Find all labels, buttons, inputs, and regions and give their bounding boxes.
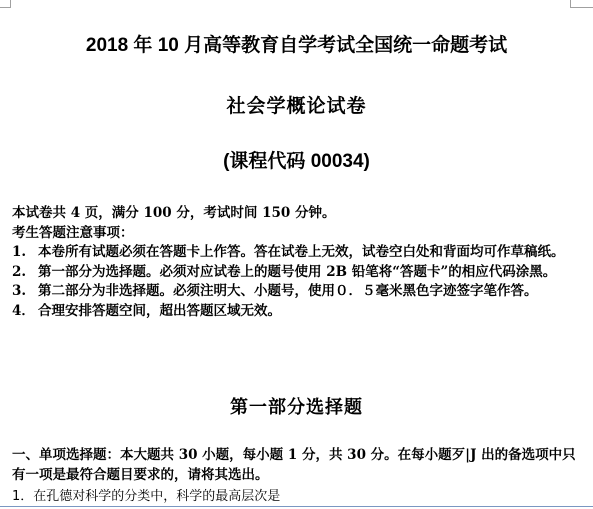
note-number: 4．	[12, 302, 38, 322]
note-item: 4． 合理安排答题空间，超出答题区域无效。	[12, 302, 582, 322]
page-bottom-divider	[0, 506, 593, 507]
paper-title: 社会学概论试卷	[0, 94, 593, 118]
course-code: (课程代码 00034)	[0, 150, 593, 174]
notes-heading: 考生答题注意事项：	[12, 224, 582, 244]
single-choice-instructions: 一、单项选择题：本大题共 30 小题，每小题 1 分，共 30 分。在每小题歹|…	[12, 446, 582, 485]
note-number: 1.	[12, 243, 38, 263]
note-item: 3. 第二部分为非选择题。必须注明大、小题号，使用０．５毫米黑色字迹签字笔作答。	[12, 282, 582, 302]
part-one-title: 第一部分选择题	[0, 396, 593, 420]
question-item: 1．在孔德对科学的分类中，科学的最高层次是	[12, 488, 582, 505]
note-text: 第一部分为选择题。必须对应试卷上的题号使用 2B 铅笔将“答题卡”的相应代码涂黑…	[38, 263, 582, 283]
note-item: 1. 本卷所有试题必须在答题卡上作答。答在试卷上无效，试卷空白处和背面均可作草稿…	[12, 243, 582, 263]
note-number: 2.	[12, 263, 38, 283]
exam-title: 2018 年 10 月高等教育自学考试全国统一命题考试	[0, 34, 593, 58]
page-corner-mark-right	[570, 0, 593, 8]
note-text: 本卷所有试题必须在答题卡上作答。答在试卷上无效，试卷空白处和背面均可作草稿纸。	[38, 243, 582, 263]
page-corner-mark-left	[0, 0, 11, 8]
note-text: 合理安排答题空间，超出答题区域无效。	[38, 302, 582, 322]
question-text: 在孔德对科学的分类中，科学的最高层次是	[33, 489, 280, 504]
note-text: 第二部分为非选择题。必须注明大、小题号，使用０．５毫米黑色字迹签字笔作答。	[38, 282, 582, 302]
exam-summary: 本试卷共 4 页，满分 100 分，考试时间 150 分钟。	[12, 204, 582, 224]
exam-instructions: 本试卷共 4 页，满分 100 分，考试时间 150 分钟。 考生答题注意事项：…	[12, 204, 582, 321]
note-item: 2. 第一部分为选择题。必须对应试卷上的题号使用 2B 铅笔将“答题卡”的相应代…	[12, 263, 582, 283]
note-number: 3.	[12, 282, 38, 302]
question-number: 1．	[12, 489, 33, 504]
